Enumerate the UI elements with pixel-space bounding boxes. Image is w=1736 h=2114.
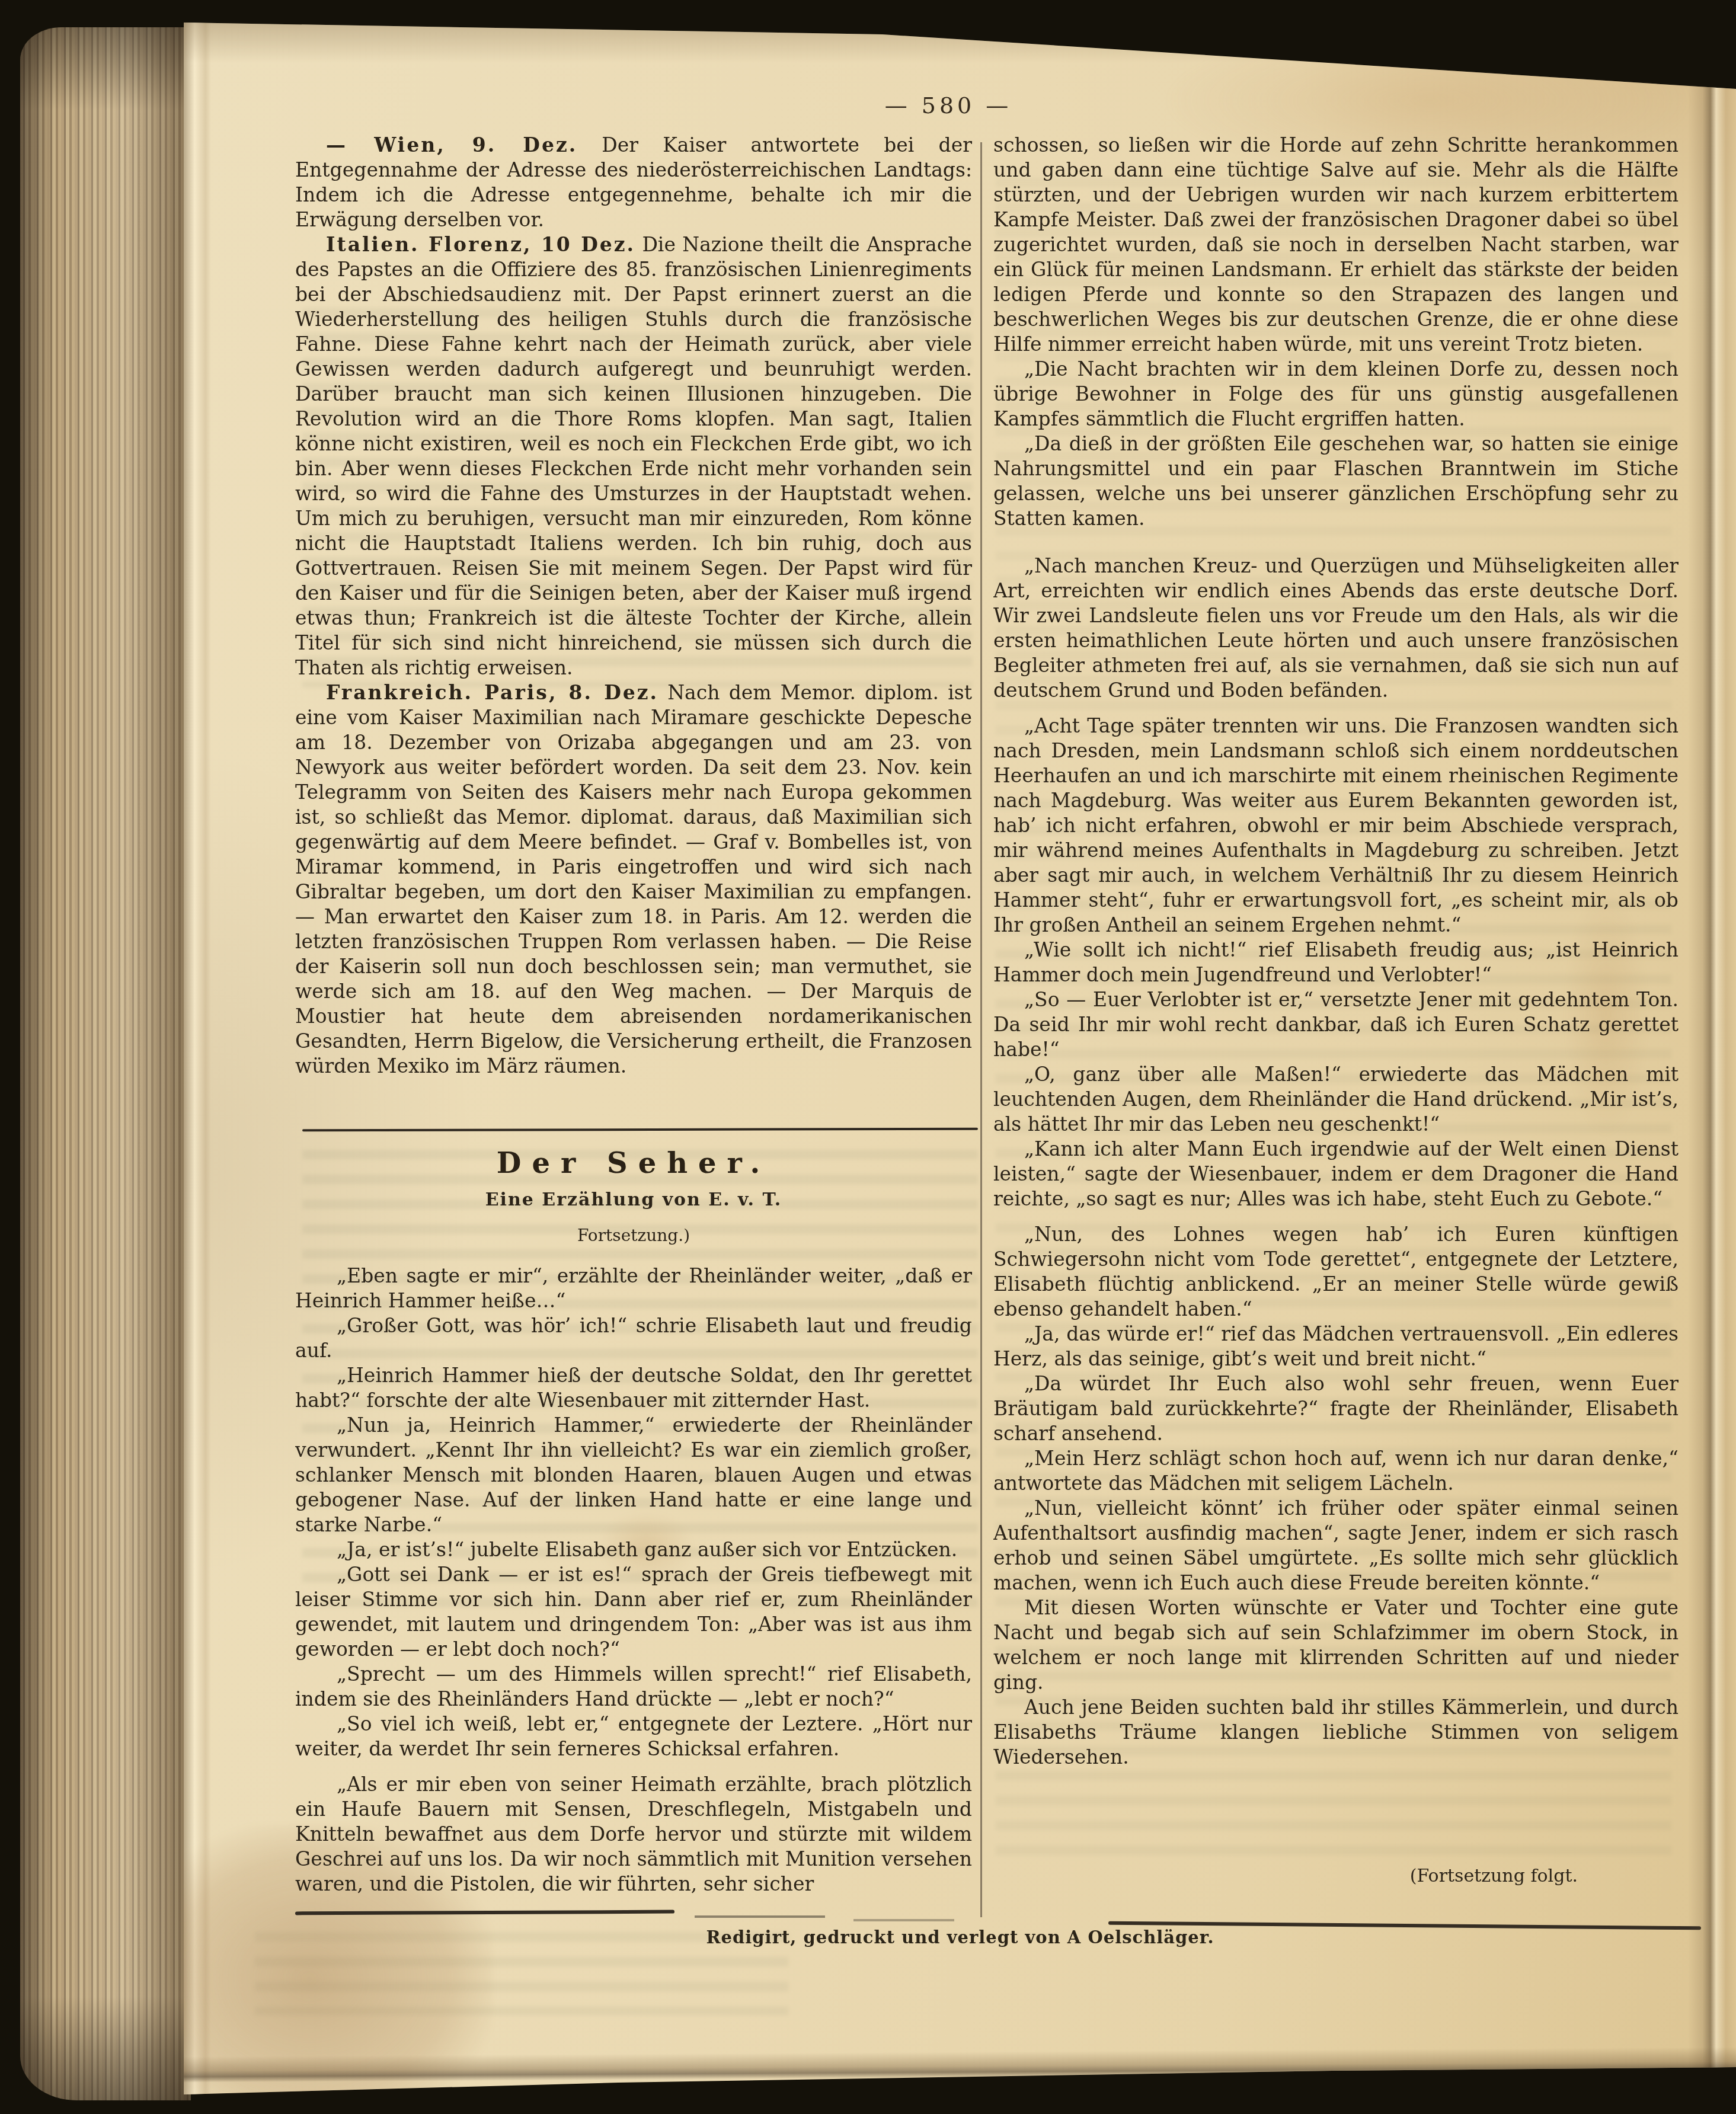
section-divider-rule [302,1128,978,1131]
story-paragraph: „Die Nacht brachten wir in dem kleinen D… [993,357,1679,431]
dateline: — Wien, 9. Dez. [326,133,577,156]
news-paragraph: Frankreich. Paris, 8. Dez. Nach dem Memo… [295,680,972,1079]
dateline: Frankreich. Paris, 8. Dez. [326,681,658,704]
story-paragraph: „Eben sagte er mir“, erzählte der Rheinl… [295,1264,972,1313]
story-paragraph: schossen, so ließen wir die Horde auf ze… [993,133,1679,357]
story-paragraph: „Nun ja, Heinrich Hammer,“ erwiederte de… [295,1413,972,1537]
news-text: Nach dem Memor. diplom. ist eine vom Kai… [295,681,972,1077]
footer-rule-segment [853,1919,954,1921]
story-paragraph: „Als er mir eben von seiner Heimath erzä… [295,1772,972,1896]
story-paragraph: „Da würdet Ihr Euch also wohl sehr freue… [993,1371,1679,1446]
page-crease [1688,0,1736,2114]
dateline: Italien. Florenz, 10 Dez. [326,233,635,256]
page-curl-edge [184,18,211,2104]
story-byline: Eine Erzählung von E. v. T. [295,1188,972,1213]
story-paragraph: „Gott sei Dank — er ist es!“ sprach der … [295,1562,972,1662]
story-paragraph: „Mein Herz schlägt schon hoch auf, wenn … [993,1446,1679,1496]
story-paragraph: „Acht Tage später trennten wir uns. Die … [993,714,1679,938]
footer-rule-segment [695,1915,825,1918]
book-fore-edge [20,27,191,2100]
story-paragraph: „Sprecht — um des Himmels willen sprecht… [295,1662,972,1712]
story-paragraph: „Kann ich alter Mann Euch irgendwie auf … [993,1137,1679,1211]
story-title: Der Seher. [295,1151,972,1176]
story-paragraph: „Ja, er ist’s!“ jubelte Elisabeth ganz a… [295,1537,972,1562]
page-number: — 580 — [184,92,1713,119]
story-paragraph: „Nach manchen Kreuz- und Querzügen und M… [993,554,1679,703]
story-paragraph: Mit diesen Worten wünschte er Vater und … [993,1595,1679,1695]
column-divider-rule [980,142,982,1917]
top-edge-shadow [184,21,1736,63]
story-section: Der Seher. Eine Erzählung von E. v. T. F… [295,1143,972,1910]
right-column: schossen, so ließen wir die Horde auf ze… [993,133,1679,1864]
story-paragraph: „Nun, vielleicht könnt’ ich früher oder … [993,1496,1679,1595]
imprint-line: Redigirt, gedruckt und verlegt von A Oel… [273,1927,1648,1947]
page-scan: — 580 — — Wien, 9. Dez. Der Kaiser antwo… [184,0,1736,2114]
story-paragraph: „So — Euer Verlobter ist er,“ versetzte … [993,987,1679,1062]
news-text: Die Nazione theilt die Ansprache des Pap… [295,233,972,679]
continuation-footer-note: (Fortsetzung folgt. [993,1866,1679,1886]
story-paragraph: „Wie sollt ich nicht!“ rief Elisabeth fr… [993,938,1679,987]
story-paragraph: „Heinrich Hammer hieß der deutsche Solda… [295,1363,972,1413]
story-paragraph: „So viel ich weiß, lebt er,“ entgegnete … [295,1712,972,1761]
story-paragraph: „Da dieß in der größten Eile geschehen w… [993,431,1679,531]
story-paragraph: Auch jene Beiden suchten bald ihr stille… [993,1695,1679,1770]
news-paragraph: Italien. Florenz, 10 Dez. Die Nazione th… [295,232,972,680]
scanned-book-photo: { "page": { "number_display": "— 580 —",… [0,0,1736,2114]
story-paragraph: „Nun, des Lohnes wegen hab’ ich Euren kü… [993,1222,1679,1322]
story-paragraph: „O, ganz über alle Maßen!“ erwiederte da… [993,1062,1679,1137]
story-paragraph: „Ja, das würde er!“ rief das Mädchen ver… [993,1322,1679,1371]
story-paragraph: „Großer Gott, was hör’ ich!“ schrie Elis… [295,1313,972,1363]
news-column: — Wien, 9. Dez. Der Kaiser antwortete be… [295,133,972,1119]
news-paragraph: — Wien, 9. Dez. Der Kaiser antwortete be… [295,133,972,232]
story-continuation-note: Fortsetzung.) [295,1223,972,1248]
